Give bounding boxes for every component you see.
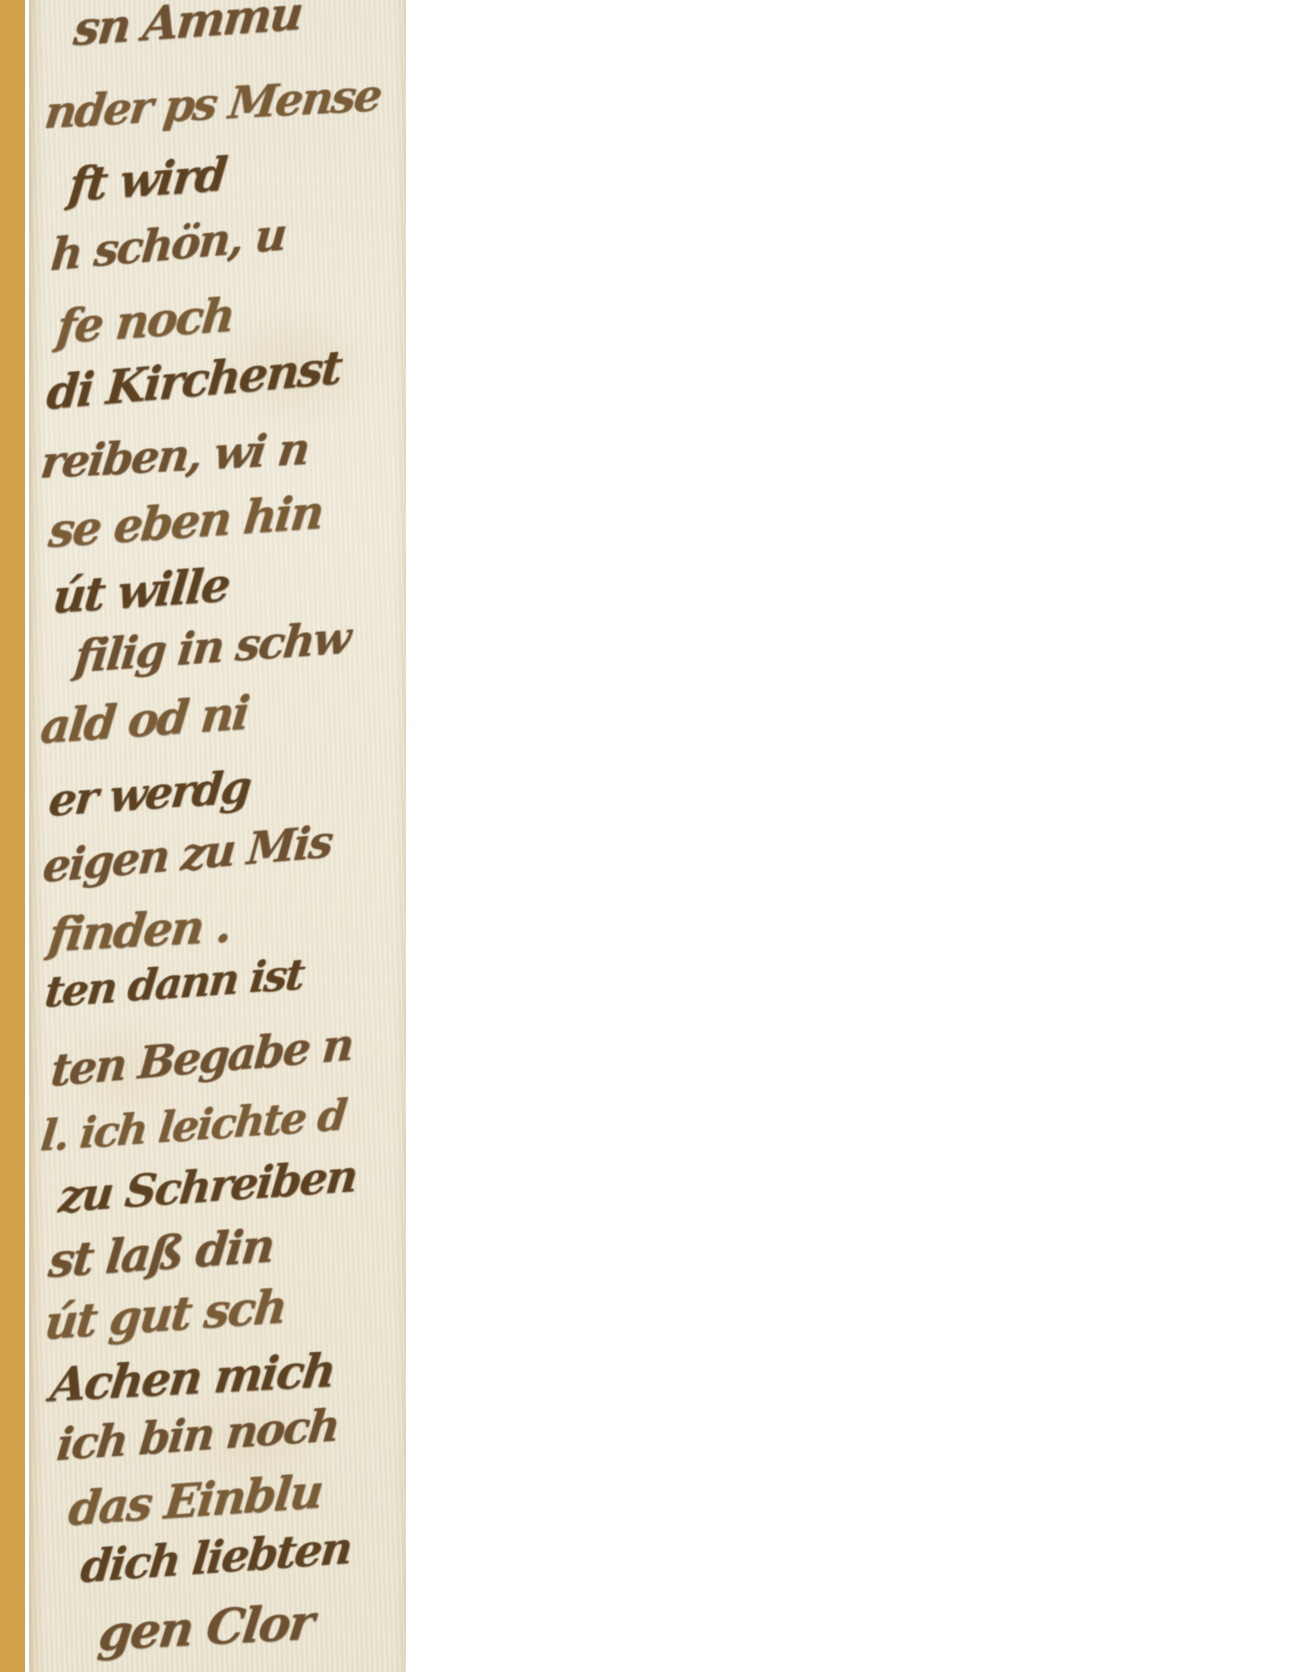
handwriting-line: ten Begabe n xyxy=(49,1019,355,1097)
manuscript-paper: sn Ammunder ps Menseft wirdh schön, ufe … xyxy=(29,0,406,1672)
handwriting-line: ald od ni xyxy=(38,685,250,754)
handwriting-line: h schön, u xyxy=(49,209,287,281)
handwriting-line: reiben, wi n xyxy=(38,424,311,489)
handwriting-line: finden . xyxy=(46,898,234,962)
handwriting-line: eigen zu Mis xyxy=(41,816,334,893)
handwriting-line: filig in schw xyxy=(72,613,351,684)
handwriting-line: ft wird xyxy=(66,147,228,212)
handwriting-line: Achen mich xyxy=(48,1343,338,1412)
handwriting-line: zu Schreiben xyxy=(56,1151,358,1223)
handwriting-line: l. ich leichte d xyxy=(38,1091,347,1162)
handwriting-line: út wille xyxy=(50,557,231,624)
handwriting-text-block: sn Ammunder ps Menseft wirdh schön, ufe … xyxy=(29,0,406,1672)
scanned-manuscript-page: sn Ammunder ps Menseft wirdh schön, ufe … xyxy=(0,0,1301,1672)
handwriting-line: ich bin noch xyxy=(54,1400,340,1471)
handwriting-line: di Kirchenst xyxy=(45,340,343,420)
gold-spine-bar xyxy=(0,0,25,1672)
handwriting-line: dich liebten xyxy=(78,1523,353,1593)
handwriting-line: sn Ammu xyxy=(71,0,304,56)
handwriting-line: gen Clor xyxy=(96,1595,316,1663)
handwriting-line: das Einblu xyxy=(66,1464,324,1536)
handwriting-line: út gut sch xyxy=(42,1279,288,1350)
handwriting-line: st laß din xyxy=(46,1218,276,1288)
handwriting-line: fe noch xyxy=(54,287,236,354)
blank-page-margin xyxy=(406,0,1301,1672)
handwriting-line: nder ps Mense xyxy=(42,70,383,139)
handwriting-line: er werdg xyxy=(46,762,252,828)
handwriting-line: se eben hin xyxy=(46,485,325,559)
